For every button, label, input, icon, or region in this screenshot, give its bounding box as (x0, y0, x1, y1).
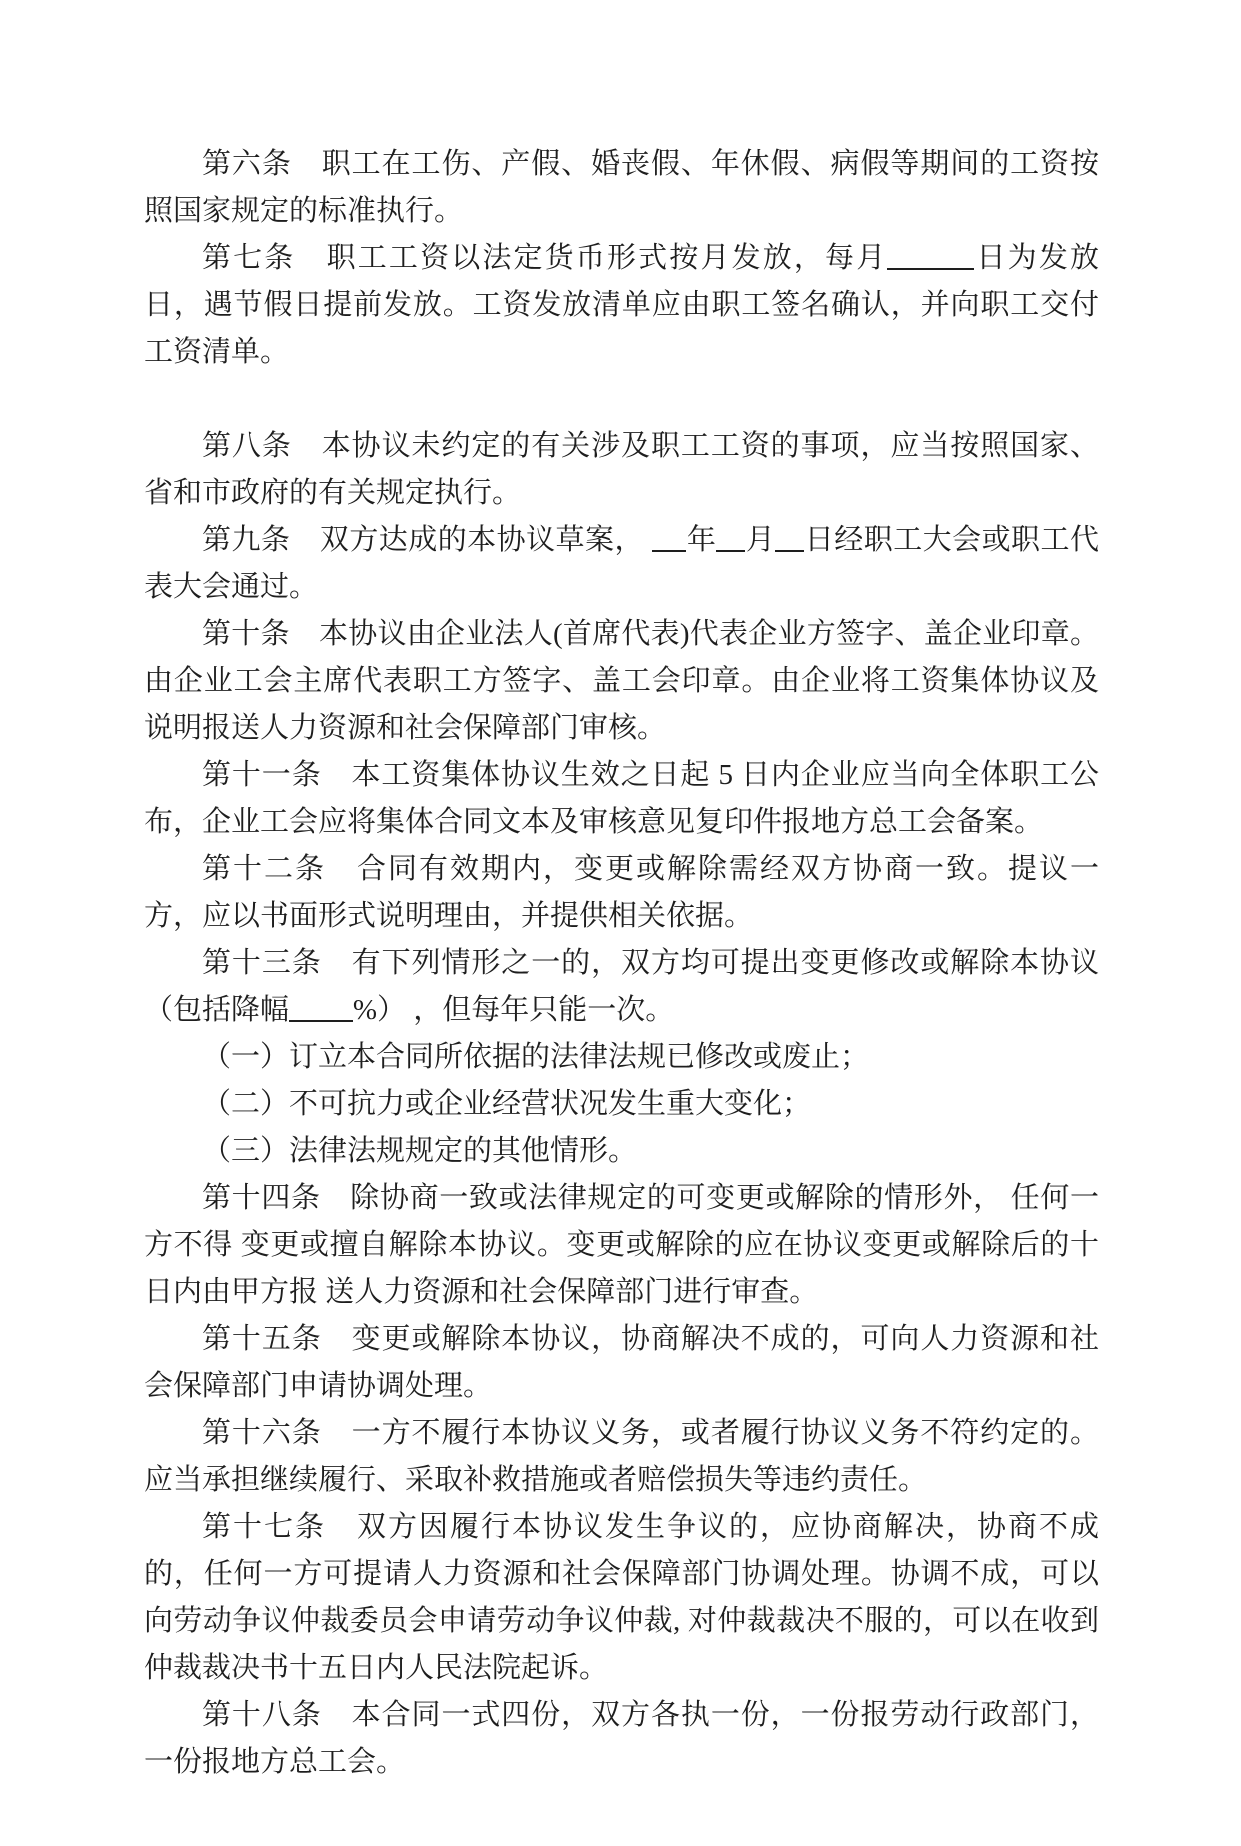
article-10: 第十条 本协议由企业法人(首席代表)代表企业方签字、盖企业印章。由企业工会主席代… (144, 611, 1099, 752)
article-12: 第十二条 合同有效期内，变更或解除需经双方协商一致。提议一方，应以书面形式说明理… (144, 846, 1099, 940)
fill-in-blank-underline (652, 521, 687, 552)
article-15: 第十五条 变更或解除本协议，协商解决不成的，可向人力资源和社会保障部门申请协调处… (144, 1316, 1099, 1410)
blank-line (144, 376, 1099, 423)
article-13: 第十三条 有下列情形之一的，双方均可提出变更修改或解除本协议（包括降幅%） ，但… (144, 940, 1099, 1034)
fill-in-blank-underline (289, 991, 353, 1022)
article-17: 第十七条 双方因履行本协议发生争议的，应协商解决，协商不成的，任何一方可提请人力… (144, 1504, 1099, 1692)
fill-in-blank-underline (716, 521, 745, 552)
article-11: 第十一条 本工资集体协议生效之日起 5 日内企业应当向全体职工公布，企业工会应将… (144, 752, 1099, 846)
document-page: 第六条 职工在工伤、产假、婚丧假、年休假、病假等期间的工资按照国家规定的标准执行… (0, 0, 1241, 1846)
article-18: 第十八条 本合同一式四份，双方各执一份，一份报劳动行政部门，一份报地方总工会。 (144, 1692, 1099, 1786)
article-8: 第八条 本协议未约定的有关涉及职工工资的事项，应当按照国家、省和市政府的有关规定… (144, 423, 1099, 517)
article-6: 第六条 职工在工伤、产假、婚丧假、年休假、病假等期间的工资按照国家规定的标准执行… (144, 141, 1099, 235)
fill-in-blank-underline (887, 239, 974, 270)
article-7: 第七条 职工工资以法定货币形式按月发放，每月日为发放日，遇节假日提前发放。工资发… (144, 235, 1099, 376)
article-13-item-2: （二）不可抗力或企业经营状况发生重大变化； (144, 1081, 1099, 1128)
article-16: 第十六条 一方不履行本协议义务，或者履行协议义务不符约定的。应当承担继续履行、采… (144, 1410, 1099, 1504)
article-9: 第九条 双方达成的本协议草案， 年月日经职工大会或职工代表大会通过。 (144, 517, 1099, 611)
article-13-item-3: （三）法律法规规定的其他情形。 (144, 1128, 1099, 1175)
fill-in-blank-underline (775, 521, 804, 552)
document-body: 第六条 职工在工伤、产假、婚丧假、年休假、病假等期间的工资按照国家规定的标准执行… (144, 141, 1099, 1786)
article-14: 第十四条 除协商一致或法律规定的可变更或解除的情形外， 任何一方不得 变更或擅自… (144, 1175, 1099, 1316)
article-13-item-1: （一）订立本合同所依据的法律法规已修改或废止； (144, 1034, 1099, 1081)
